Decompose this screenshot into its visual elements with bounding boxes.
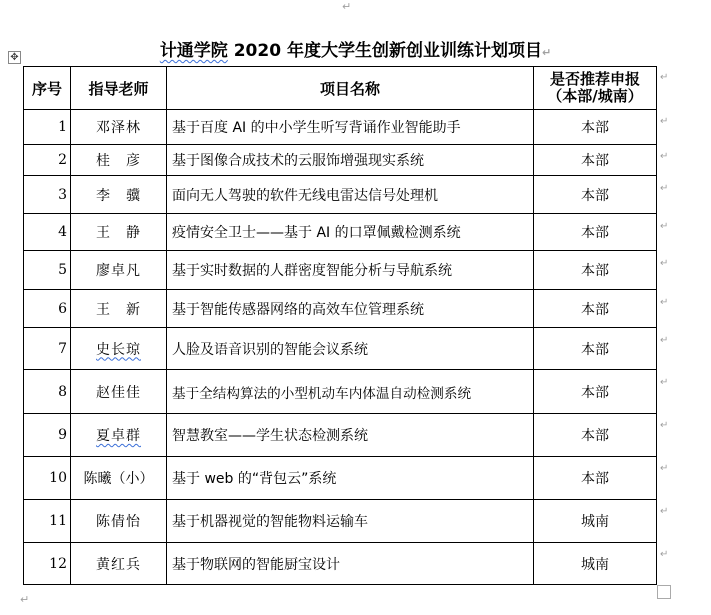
header-project: 项目名称	[167, 67, 534, 110]
row-end-mark: ↵	[660, 297, 668, 308]
row-index[interactable]: 9	[24, 414, 71, 457]
row-location[interactable]: 城南	[534, 543, 657, 585]
row-project[interactable]: 人脸及语音识别的智能会议系统	[167, 328, 534, 370]
row-index[interactable]: 3	[24, 176, 71, 214]
row-index[interactable]: 12	[24, 543, 71, 585]
row-end-mark: ↵	[660, 72, 668, 83]
row-location[interactable]: 本部	[534, 145, 657, 176]
table-row: 10 陈曦（小） 基于 web 的“背包云”系统 本部	[24, 457, 657, 500]
table-row: 11 陈倩怡 基于机器视觉的智能物料运输车 城南	[24, 500, 657, 543]
row-end-mark: ↵	[660, 335, 668, 346]
row-project[interactable]: 基于全结构算法的小型机动车内体温自动检测系统	[167, 370, 534, 414]
row-location[interactable]: 本部	[534, 370, 657, 414]
row-project[interactable]: 基于 web 的“背包云”系统	[167, 457, 534, 500]
row-end-mark: ↵	[660, 221, 668, 232]
table-row: 2 桂 彦 基于图像合成技术的云服饰增强现实系统 本部	[24, 145, 657, 176]
paragraph-mark: ↵	[542, 46, 551, 59]
row-project[interactable]: 面向无人驾驶的软件无线电雷达信号处理机	[167, 176, 534, 214]
table-row: 3 李 骥 面向无人驾驶的软件无线电雷达信号处理机 本部	[24, 176, 657, 214]
table-row: 7 史长琼 人脸及语音识别的智能会议系统 本部	[24, 328, 657, 370]
row-location[interactable]: 城南	[534, 500, 657, 543]
header-recommend: 是否推荐申报（本部/城南）	[534, 67, 657, 110]
table-row: 1 邓泽林 基于百度 AI 的中小学生听写背诵作业智能助手 本部	[24, 110, 657, 145]
projects-table: 序号 指导老师 项目名称 是否推荐申报（本部/城南） 1 邓泽林 基于百度 AI…	[23, 66, 657, 585]
row-location[interactable]: 本部	[534, 414, 657, 457]
row-location[interactable]: 本部	[534, 176, 657, 214]
table-row: 12 黄红兵 基于物联网的智能厨宝设计 城南	[24, 543, 657, 585]
title-text: 2020 年度大学生创新创业训练计划项目	[228, 41, 542, 61]
row-index[interactable]: 6	[24, 290, 71, 328]
document-title: 计通学院 2020 年度大学生创新创业训练计划项目↵	[0, 36, 711, 61]
row-teacher[interactable]: 李 骥	[71, 176, 167, 214]
row-teacher[interactable]: 邓泽林	[71, 110, 167, 145]
header-teacher: 指导老师	[71, 67, 167, 110]
row-index[interactable]: 8	[24, 370, 71, 414]
row-teacher[interactable]: 黄红兵	[71, 543, 167, 585]
row-index[interactable]: 7	[24, 328, 71, 370]
table-row: 4 王 静 疫情安全卫士——基于 AI 的口罩佩戴检测系统 本部	[24, 214, 657, 251]
row-teacher[interactable]: 夏卓群	[71, 414, 167, 457]
row-index[interactable]: 5	[24, 251, 71, 290]
row-location[interactable]: 本部	[534, 290, 657, 328]
row-end-mark: ↵	[660, 377, 668, 388]
row-teacher[interactable]: 廖卓凡	[71, 251, 167, 290]
row-teacher[interactable]: 陈曦（小）	[71, 457, 167, 500]
row-end-mark: ↵	[660, 116, 668, 127]
row-location[interactable]: 本部	[534, 214, 657, 251]
row-index[interactable]: 1	[24, 110, 71, 145]
table-row: 9 夏卓群 智慧教室——学生状态检测系统 本部	[24, 414, 657, 457]
row-end-mark: ↵	[660, 258, 668, 269]
row-location[interactable]: 本部	[534, 110, 657, 145]
paragraph-mark: ↵	[342, 0, 351, 13]
paragraph-mark: ↵	[20, 593, 29, 606]
row-teacher[interactable]: 王 静	[71, 214, 167, 251]
table-resize-handle[interactable]	[657, 585, 671, 599]
row-project[interactable]: 疫情安全卫士——基于 AI 的口罩佩戴检测系统	[167, 214, 534, 251]
row-project[interactable]: 基于机器视觉的智能物料运输车	[167, 500, 534, 543]
table-move-handle-icon[interactable]: ✥	[8, 51, 21, 64]
row-teacher[interactable]: 王 新	[71, 290, 167, 328]
row-teacher[interactable]: 桂 彦	[71, 145, 167, 176]
row-index[interactable]: 4	[24, 214, 71, 251]
table-header-row: 序号 指导老师 项目名称 是否推荐申报（本部/城南）	[24, 67, 657, 110]
row-end-mark: ↵	[660, 549, 668, 560]
table-row: 8 赵佳佳 基于全结构算法的小型机动车内体温自动检测系统 本部	[24, 370, 657, 414]
header-index: 序号	[24, 67, 71, 110]
row-location[interactable]: 本部	[534, 457, 657, 500]
row-end-mark: ↵	[660, 506, 668, 517]
row-index[interactable]: 11	[24, 500, 71, 543]
row-project[interactable]: 基于智能传感器网络的高效车位管理系统	[167, 290, 534, 328]
row-teacher[interactable]: 陈倩怡	[71, 500, 167, 543]
row-teacher[interactable]: 史长琼	[71, 328, 167, 370]
row-end-mark: ↵	[660, 463, 668, 474]
row-end-mark: ↵	[660, 183, 668, 194]
table-row: 6 王 新 基于智能传感器网络的高效车位管理系统 本部	[24, 290, 657, 328]
row-index[interactable]: 2	[24, 145, 71, 176]
row-teacher[interactable]: 赵佳佳	[71, 370, 167, 414]
row-end-mark: ↵	[660, 420, 668, 431]
row-project[interactable]: 智慧教室——学生状态检测系统	[167, 414, 534, 457]
row-project[interactable]: 基于图像合成技术的云服饰增强现实系统	[167, 145, 534, 176]
row-project[interactable]: 基于百度 AI 的中小学生听写背诵作业智能助手	[167, 110, 534, 145]
row-index[interactable]: 10	[24, 457, 71, 500]
table-row: 5 廖卓凡 基于实时数据的人群密度智能分析与导航系统 本部	[24, 251, 657, 290]
row-end-mark: ↵	[660, 151, 668, 162]
row-project[interactable]: 基于物联网的智能厨宝设计	[167, 543, 534, 585]
title-prefix: 计通学院	[160, 41, 228, 61]
row-project[interactable]: 基于实时数据的人群密度智能分析与导航系统	[167, 251, 534, 290]
row-location[interactable]: 本部	[534, 328, 657, 370]
row-location[interactable]: 本部	[534, 251, 657, 290]
